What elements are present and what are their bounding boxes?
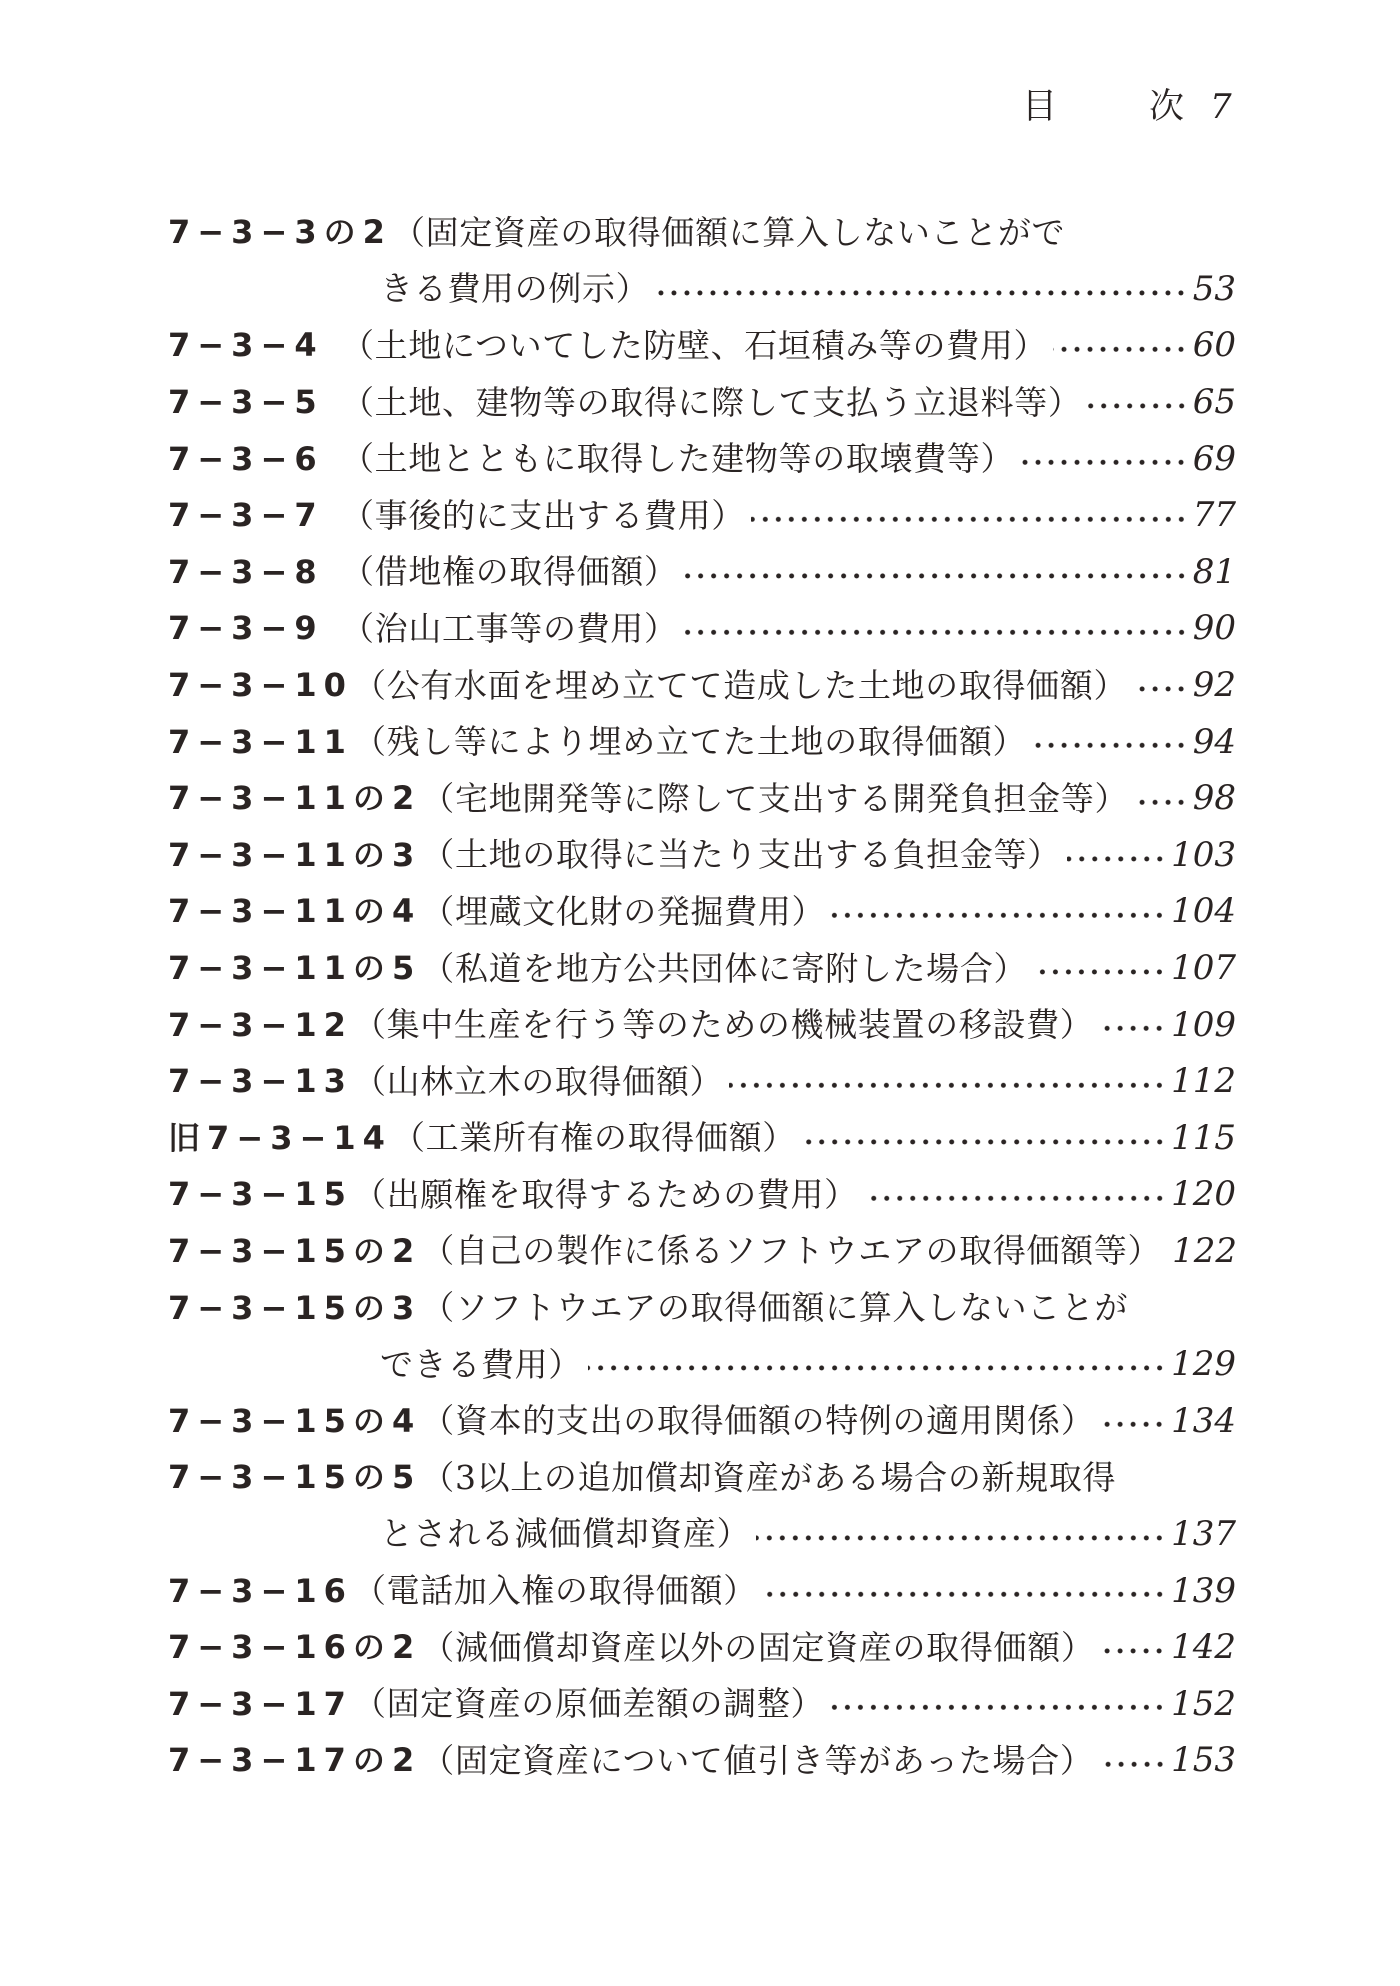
toc-item-number: 7−3−12: [168, 1009, 353, 1041]
toc-item-title: （減価償却資産以外の固定資産の取得価額）: [421, 1631, 1094, 1664]
toc-item-title: （土地についてした防壁、石垣積み等の費用）: [341, 329, 1047, 362]
toc-row: 7−3−11の3（土地の取得に当たり支出する負担金等）103: [168, 827, 1236, 884]
dot-leader: [1020, 430, 1188, 487]
toc-page-number: 92: [1193, 668, 1236, 702]
dot-leader: [655, 261, 1187, 318]
toc-item-title: （ソフトウエアの取得価額に算入しないことが: [421, 1291, 1128, 1324]
dot-leader: [864, 1166, 1166, 1223]
toc-item-number: 7−3−11の2: [168, 782, 421, 814]
toc-page-number: 94: [1193, 725, 1236, 759]
page-folio-number: 7: [1210, 90, 1232, 124]
toc-page-number: 142: [1171, 1630, 1236, 1664]
dot-leader: [1100, 1392, 1166, 1449]
dot-leader: [684, 544, 1188, 601]
toc-page-number: 103: [1171, 838, 1236, 872]
toc-item-title: きる費用の例示）: [380, 272, 649, 305]
toc-item-title: （自己の製作に係るソフトウエアの取得価額等）: [421, 1234, 1161, 1267]
toc-item-title: （残し等により埋め立てた土地の取得価額）: [353, 725, 1026, 758]
toc-row: 7−3−15の3（ソフトウエアの取得価額に算入しないことが: [168, 1279, 1236, 1336]
toc-item-title: できる費用）: [380, 1348, 582, 1381]
toc-item-number: 7−3−13: [168, 1065, 353, 1097]
toc-page-number: 134: [1171, 1404, 1236, 1438]
toc-item-title: （埋蔵文化財の発掘費用）: [421, 895, 825, 928]
toc-page-number: 153: [1171, 1743, 1236, 1777]
toc-page-number: 77: [1193, 498, 1236, 532]
toc-item-title: （電話加入権の取得価額）: [353, 1574, 757, 1607]
toc-item-title: （3以上の追加償却資産がある場合の新規取得: [421, 1461, 1116, 1494]
toc-heading-char: 目: [1022, 90, 1057, 125]
toc-item-title: （土地の取得に当たり支出する負担金等）: [421, 838, 1061, 871]
toc-row: 7−3−15（出願権を取得するための費用）120: [168, 1166, 1236, 1223]
toc-row: 7−3−8（借地権の取得価額）81: [168, 544, 1236, 601]
dot-leader: [1133, 657, 1188, 714]
toc-item-title: （事後的に支出する費用）: [341, 499, 745, 532]
toc-item-number: 7−3−7: [168, 499, 341, 531]
toc-row: 7−3−10（公有水面を埋め立てて造成した土地の取得価額）92: [168, 657, 1236, 714]
dot-leader: [684, 600, 1188, 657]
toc-item-number: 7−3−5: [168, 386, 341, 418]
toc-item-number: 7−3−11: [168, 726, 353, 758]
toc-item-number: 7−3−15の5: [168, 1461, 421, 1493]
running-head: 目 次 7: [1022, 90, 1232, 125]
toc-item-title: （公有水面を埋め立てて造成した土地の取得価額）: [353, 669, 1127, 702]
dot-leader: [1033, 940, 1166, 997]
toc-item-number: 7−3−17の2: [168, 1744, 421, 1776]
toc-heading-char: 次: [1149, 90, 1184, 125]
toc-row: できる費用）129: [168, 1336, 1236, 1393]
toc-page-number: 90: [1193, 611, 1236, 645]
dot-leader: [1088, 374, 1188, 431]
toc-item-title: （固定資産の取得価額に算入しないことがで: [392, 216, 1065, 249]
toc-page-number: 109: [1171, 1008, 1236, 1042]
toc-page-number: 122: [1172, 1234, 1237, 1268]
toc-page-number: 139: [1171, 1574, 1236, 1608]
toc-item-number: 7−3−16: [168, 1575, 353, 1607]
toc-page-number: 81: [1193, 555, 1236, 589]
toc-item-number: 7−3−11の3: [168, 839, 421, 871]
toc-row: 7−3−13（山林立木の取得価額）112: [168, 1053, 1236, 1110]
dot-leader: [1100, 1732, 1167, 1789]
dot-leader: [756, 1506, 1166, 1563]
toc-page-number: 107: [1171, 951, 1236, 985]
toc-item-title: （借地権の取得価額）: [341, 555, 678, 588]
toc-item-title: （土地、建物等の取得に際して支払う立退料等）: [341, 386, 1082, 419]
dot-leader: [751, 487, 1188, 544]
toc-item-title: （土地とともに取得した建物等の取壊費等）: [341, 442, 1014, 475]
toc-row: 7−3−15の2（自己の製作に係るソフトウエアの取得価額等）122: [168, 1223, 1236, 1280]
dot-leader: [763, 1562, 1166, 1619]
toc-item-title: （山林立木の取得価額）: [353, 1065, 723, 1098]
toc-item-number: 7−3−11の4: [168, 895, 421, 927]
dot-leader: [1100, 1619, 1166, 1676]
toc-item-number: 7−3−11の5: [168, 952, 421, 984]
toc-list: 7−3−3の2（固定資産の取得価額に算入しないことができる費用の例示）537−3…: [168, 204, 1236, 1789]
dot-leader: [831, 883, 1166, 940]
toc-row: 7−3−16の2（減価償却資産以外の固定資産の取得価額）142: [168, 1619, 1236, 1676]
toc-row: 7−3−12（集中生産を行う等のための機械装置の移設費）109: [168, 996, 1236, 1053]
dot-leader: [1032, 713, 1188, 770]
toc-item-number: 7−3−3の2: [168, 216, 392, 248]
dot-leader: [1099, 996, 1166, 1053]
toc-item-title: （集中生産を行う等のための機械装置の移設費）: [353, 1008, 1094, 1041]
toc-item-number: 7−3−10: [168, 669, 353, 701]
dot-leader: [1134, 770, 1188, 827]
toc-item-number: 7−3−16の2: [168, 1631, 421, 1663]
toc-row: 7−3−7（事後的に支出する費用）77: [168, 487, 1236, 544]
toc-item-number: 7−3−8: [168, 556, 341, 588]
toc-item-number: 7−3−9: [168, 612, 341, 644]
dot-leader: [802, 1110, 1166, 1167]
toc-item-title: （資本的支出の取得価額の特例の適用関係）: [421, 1404, 1094, 1437]
toc-item-number: 7−3−6: [168, 443, 341, 475]
toc-item-number: 7−3−4: [168, 329, 341, 361]
dot-leader: [830, 1675, 1166, 1732]
toc-row: 7−3−17（固定資産の原価差額の調整）152: [168, 1675, 1236, 1732]
toc-row: 7−3−11の5（私道を地方公共団体に寄附した場合）107: [168, 940, 1236, 997]
toc-page: 目 次 7 7−3−3の2（固定資産の取得価額に算入しないことができる費用の例示…: [0, 0, 1400, 1986]
toc-item-number: 7−3−15の2: [168, 1235, 421, 1267]
toc-row: 7−3−5（土地、建物等の取得に際して支払う立退料等）65: [168, 374, 1236, 431]
toc-page-number: 137: [1171, 1517, 1236, 1551]
toc-page-number: 69: [1193, 442, 1236, 476]
toc-page-number: 152: [1171, 1687, 1236, 1721]
toc-page-number: 98: [1193, 781, 1236, 815]
dot-leader: [588, 1336, 1166, 1393]
toc-row: 7−3−15の4（資本的支出の取得価額の特例の適用関係）134: [168, 1392, 1236, 1449]
toc-item-number: 7−3−15の4: [168, 1405, 421, 1437]
toc-item-title: （治山工事等の費用）: [341, 612, 678, 645]
toc-page-number: 65: [1193, 385, 1236, 419]
toc-item-title: （固定資産について値引き等があった場合）: [421, 1744, 1093, 1777]
toc-page-number: 120: [1171, 1177, 1236, 1211]
toc-item-title: （固定資産の原価差額の調整）: [353, 1687, 824, 1720]
toc-row: 7−3−3の2（固定資産の取得価額に算入しないことがで: [168, 204, 1236, 261]
toc-item-number: 7−3−15の3: [168, 1292, 421, 1324]
toc-row: 7−3−4（土地についてした防壁、石垣積み等の費用）60: [168, 317, 1236, 374]
toc-row: 旧7−3−14（工業所有権の取得価額）115: [168, 1110, 1236, 1167]
toc-item-title: （私道を地方公共団体に寄附した場合）: [421, 952, 1027, 985]
toc-item-title: とされる減価償却資産）: [380, 1517, 750, 1550]
toc-row: 7−3−11の4（埋蔵文化財の発掘費用）104: [168, 883, 1236, 940]
toc-item-title: （宅地開発等に際して支出する開発負担金等）: [421, 782, 1128, 815]
toc-row: 7−3−15の5（3以上の追加償却資産がある場合の新規取得: [168, 1449, 1236, 1506]
toc-page-number: 129: [1171, 1347, 1236, 1381]
toc-row: 7−3−16（電話加入権の取得価額）139: [168, 1562, 1236, 1619]
toc-row: 7−3−6（土地とともに取得した建物等の取壊費等）69: [168, 430, 1236, 487]
toc-row: きる費用の例示）53: [168, 261, 1236, 318]
toc-row: 7−3−11（残し等により埋め立てた土地の取得価額）94: [168, 713, 1236, 770]
dot-leader: [729, 1053, 1166, 1110]
toc-item-title: （工業所有権の取得価額）: [392, 1121, 796, 1154]
toc-page-number: 115: [1171, 1121, 1236, 1155]
toc-row: 7−3−11の2（宅地開発等に際して支出する開発負担金等）98: [168, 770, 1236, 827]
toc-row: 7−3−17の2（固定資産について値引き等があった場合）153: [168, 1732, 1236, 1789]
toc-page-number: 112: [1171, 1064, 1236, 1098]
toc-page-number: 104: [1171, 894, 1236, 928]
dot-leader: [1053, 317, 1188, 374]
toc-page-number: 60: [1193, 328, 1236, 362]
toc-item-number: 7−3−15: [168, 1178, 353, 1210]
toc-item-number: 7−3−17: [168, 1688, 353, 1720]
dot-leader: [1067, 827, 1166, 884]
toc-row: とされる減価償却資産）137: [168, 1506, 1236, 1563]
toc-row: 7−3−9（治山工事等の費用）90: [168, 600, 1236, 657]
toc-page-number: 53: [1193, 272, 1236, 306]
toc-item-number: 旧7−3−14: [168, 1122, 392, 1154]
toc-item-title: （出願権を取得するための費用）: [353, 1178, 858, 1211]
